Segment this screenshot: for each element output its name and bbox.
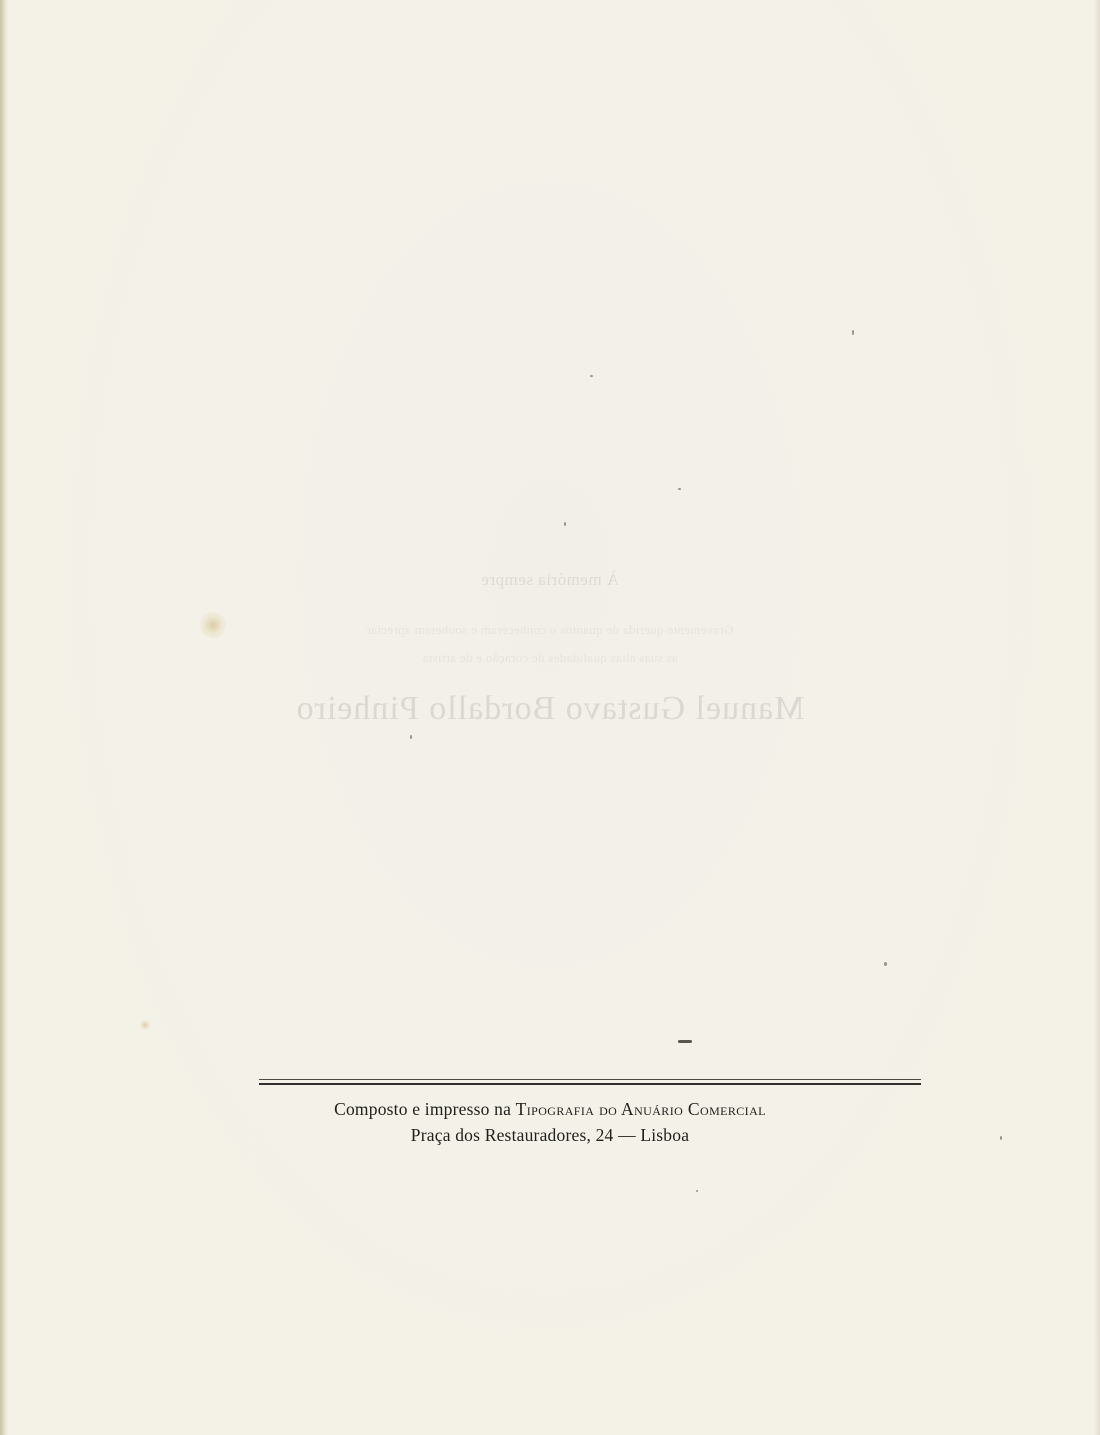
- book-page: À memória sempre Gravemente querida de q…: [0, 0, 1100, 1435]
- imprint-prefix: Composto e impresso na: [334, 1099, 516, 1119]
- imprint-rule-thin: [259, 1079, 921, 1080]
- paper-speck: [410, 735, 412, 739]
- paper-speck: [590, 375, 593, 377]
- paper-speck: [564, 522, 566, 526]
- imprint-address: Praça dos Restauradores, 24 — Lisboa: [0, 1125, 1100, 1146]
- paper-speck: [678, 1040, 692, 1043]
- show-through-dedication: À memória sempre: [0, 570, 1100, 590]
- paper-speck: [696, 1190, 698, 1192]
- imprint-press-name: Tipografia do Anuário Comercial: [516, 1099, 766, 1119]
- paper-stain: [140, 1020, 150, 1030]
- paper-speck: [678, 488, 681, 490]
- show-through-line-2: as suas altas qualidades de coração e de…: [0, 650, 1100, 666]
- show-through-name: Manuel Gustavo Bordallo Pinheiro: [0, 690, 1100, 728]
- paper-speck: [852, 330, 854, 335]
- show-through-line-1: Gravemente querida de quantos o conhecer…: [0, 622, 1100, 638]
- paper-speck: [884, 962, 887, 966]
- imprint-rule-thick: [259, 1083, 921, 1085]
- imprint-line-1: Composto e impresso na Tipografia do Anu…: [0, 1099, 1100, 1120]
